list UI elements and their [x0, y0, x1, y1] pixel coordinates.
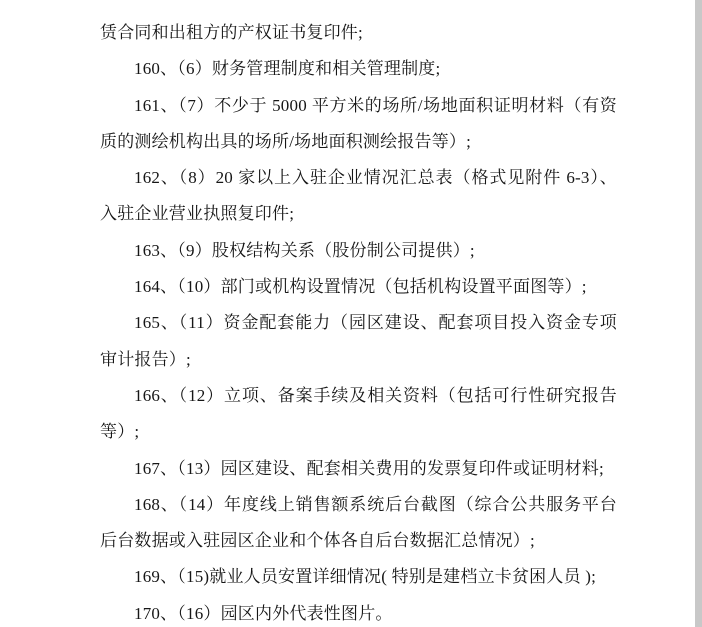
text-line: 入驻企业营业执照复印件;	[100, 196, 617, 232]
text-line: 160、（6）财务管理制度和相关管理制度;	[100, 51, 617, 87]
text-line: 163、（9）股权结构关系（股份制公司提供）;	[100, 233, 617, 269]
text-line: 164、（10）部门或机构设置情况（包括机构设置平面图等）;	[100, 269, 617, 305]
text-line: 170、（16）园区内外代表性图片。	[100, 596, 617, 627]
text-line: 赁合同和出租方的产权证书复印件;	[100, 15, 617, 51]
text-line: 等）;	[100, 414, 617, 450]
text-line: 162、（8）20 家以上入驻企业情况汇总表（格式见附件 6-3）、	[100, 160, 617, 196]
text-line: 审计报告）;	[100, 342, 617, 378]
document-text-block: 赁合同和出租方的产权证书复印件; 160、（6）财务管理制度和相关管理制度; 1…	[100, 15, 617, 627]
text-line: 166、（12）立项、备案手续及相关资料（包括可行性研究报告	[100, 378, 617, 414]
text-line: 168、（14）年度线上销售额系统后台截图（综合公共服务平台	[100, 487, 617, 523]
text-line: 165、（11）资金配套能力（园区建设、配套项目投入资金专项	[100, 305, 617, 341]
scrollbar-track[interactable]	[695, 0, 702, 627]
text-line: 161、（7）不少于 5000 平方米的场所/场地面积证明材料（有资	[100, 88, 617, 124]
text-line: 167、（13）园区建设、配套相关费用的发票复印件或证明材料;	[100, 451, 617, 487]
text-line: 质的测绘机构出具的场所/场地面积测绘报告等）;	[100, 124, 617, 160]
document-page: 赁合同和出租方的产权证书复印件; 160、（6）财务管理制度和相关管理制度; 1…	[0, 0, 695, 627]
text-line: 169、（15)就业人员安置详细情况( 特别是建档立卡贫困人员 );	[100, 559, 617, 595]
document-viewport: 赁合同和出租方的产权证书复印件; 160、（6）财务管理制度和相关管理制度; 1…	[0, 0, 702, 627]
text-line: 后台数据或入驻园区企业和个体各自后台数据汇总情况）;	[100, 523, 617, 559]
